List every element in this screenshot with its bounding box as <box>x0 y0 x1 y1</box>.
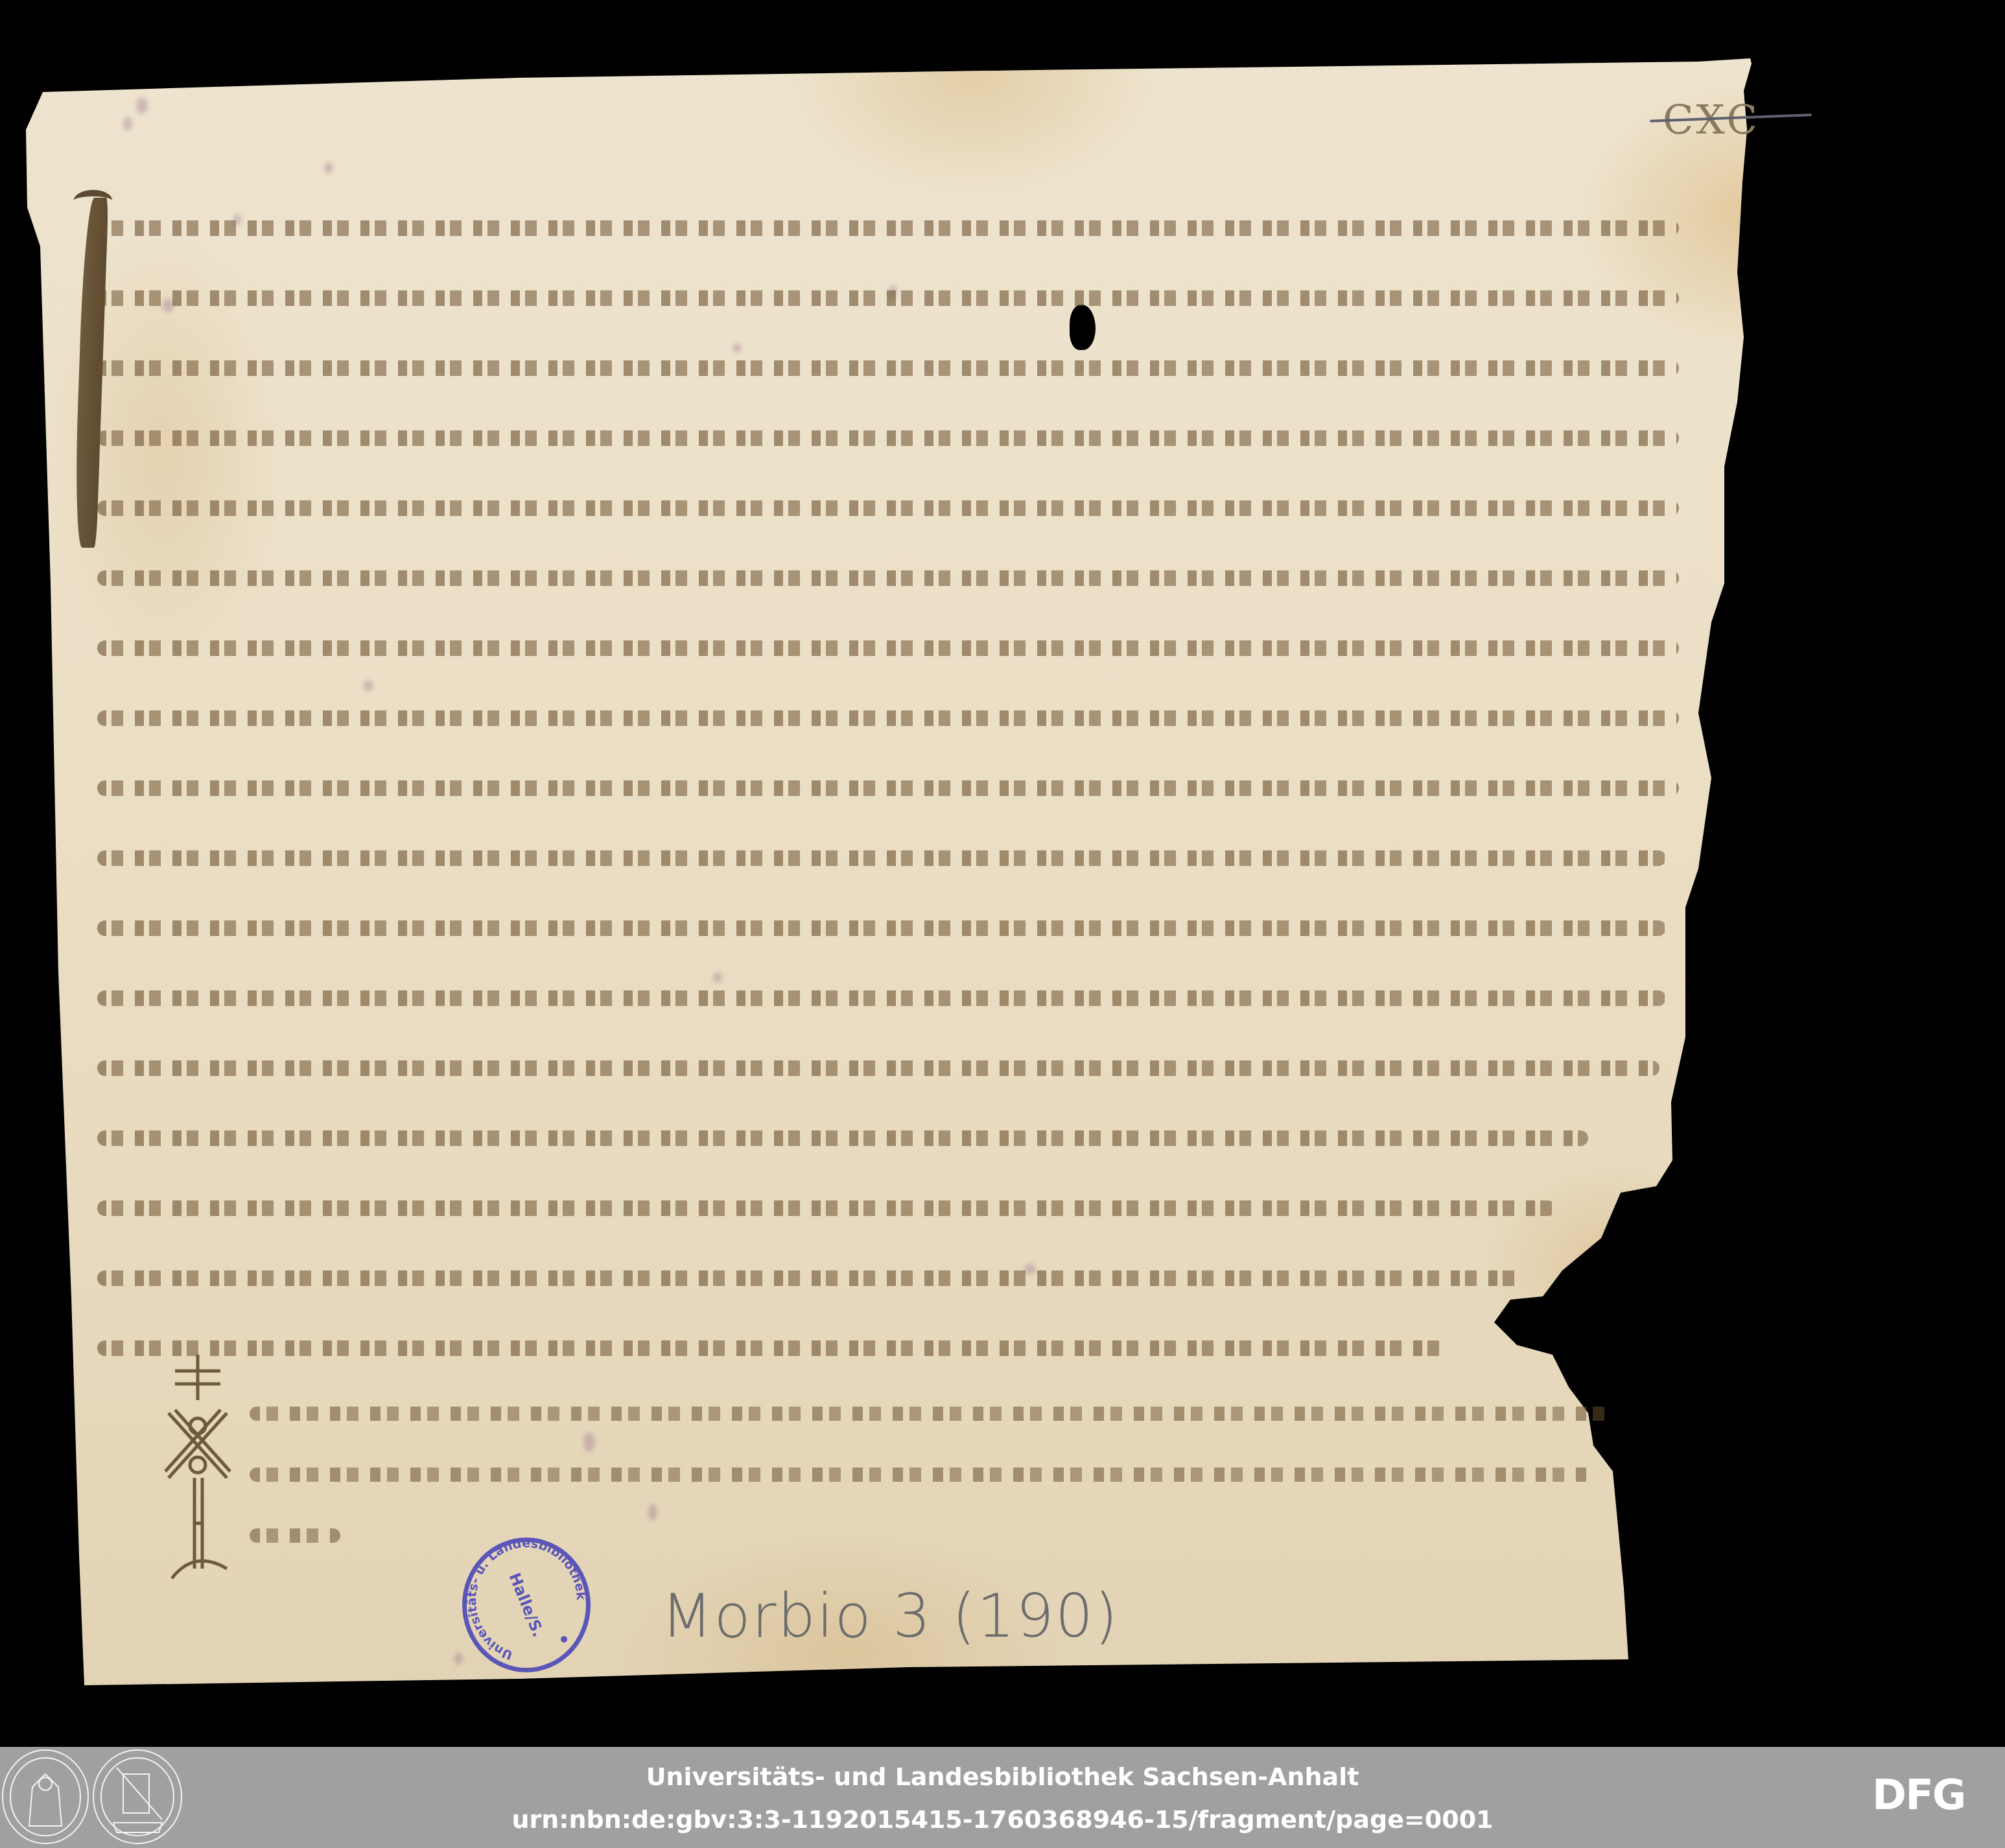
urn-identifier: urn:nbn:de:gbv:3:3-1192015415-1760368946… <box>0 1805 2005 1834</box>
stain <box>454 1653 463 1665</box>
script-line <box>97 850 1666 866</box>
script-line <box>97 990 1666 1006</box>
document-viewer: CXC <box>0 0 2005 1747</box>
script-line <box>97 710 1679 726</box>
script-line <box>97 1340 1446 1356</box>
stain <box>1880 227 1892 236</box>
script-line <box>97 500 1679 516</box>
script-line <box>250 1528 340 1543</box>
charter-text-body <box>97 220 1685 1410</box>
script-line <box>97 1130 1588 1146</box>
library-ownership-stamp: Universitäts- u. Landesbibliothek Halle/… <box>462 1538 591 1672</box>
script-line <box>97 640 1679 656</box>
script-line <box>97 430 1679 446</box>
script-line <box>250 1468 1591 1482</box>
stain <box>324 162 333 174</box>
dfg-logo: DFG <box>1872 1772 1965 1819</box>
script-line <box>250 1407 1611 1421</box>
stain <box>1718 1070 1731 1079</box>
script-line <box>97 780 1679 796</box>
stain <box>123 117 132 131</box>
pencil-annotation: Morbio 3 (190) <box>661 1582 1119 1651</box>
script-line <box>97 1200 1556 1216</box>
stain <box>136 97 148 114</box>
notary-subscription <box>250 1407 1624 1589</box>
script-line <box>97 1060 1659 1076</box>
script-line <box>97 920 1666 936</box>
script-line <box>97 1270 1523 1286</box>
stain <box>1854 389 1866 397</box>
institution-name: Universitäts- und Landesbibliothek Sachs… <box>0 1762 2005 1791</box>
stain <box>1815 240 1841 253</box>
footer-banner: Universitäts- und Landesbibliothek Sachs… <box>0 1747 2005 1848</box>
script-line <box>97 220 1679 236</box>
script-line <box>97 360 1679 376</box>
script-line <box>97 290 1679 306</box>
notary-signum-icon <box>156 1355 240 1588</box>
script-line <box>97 570 1679 586</box>
